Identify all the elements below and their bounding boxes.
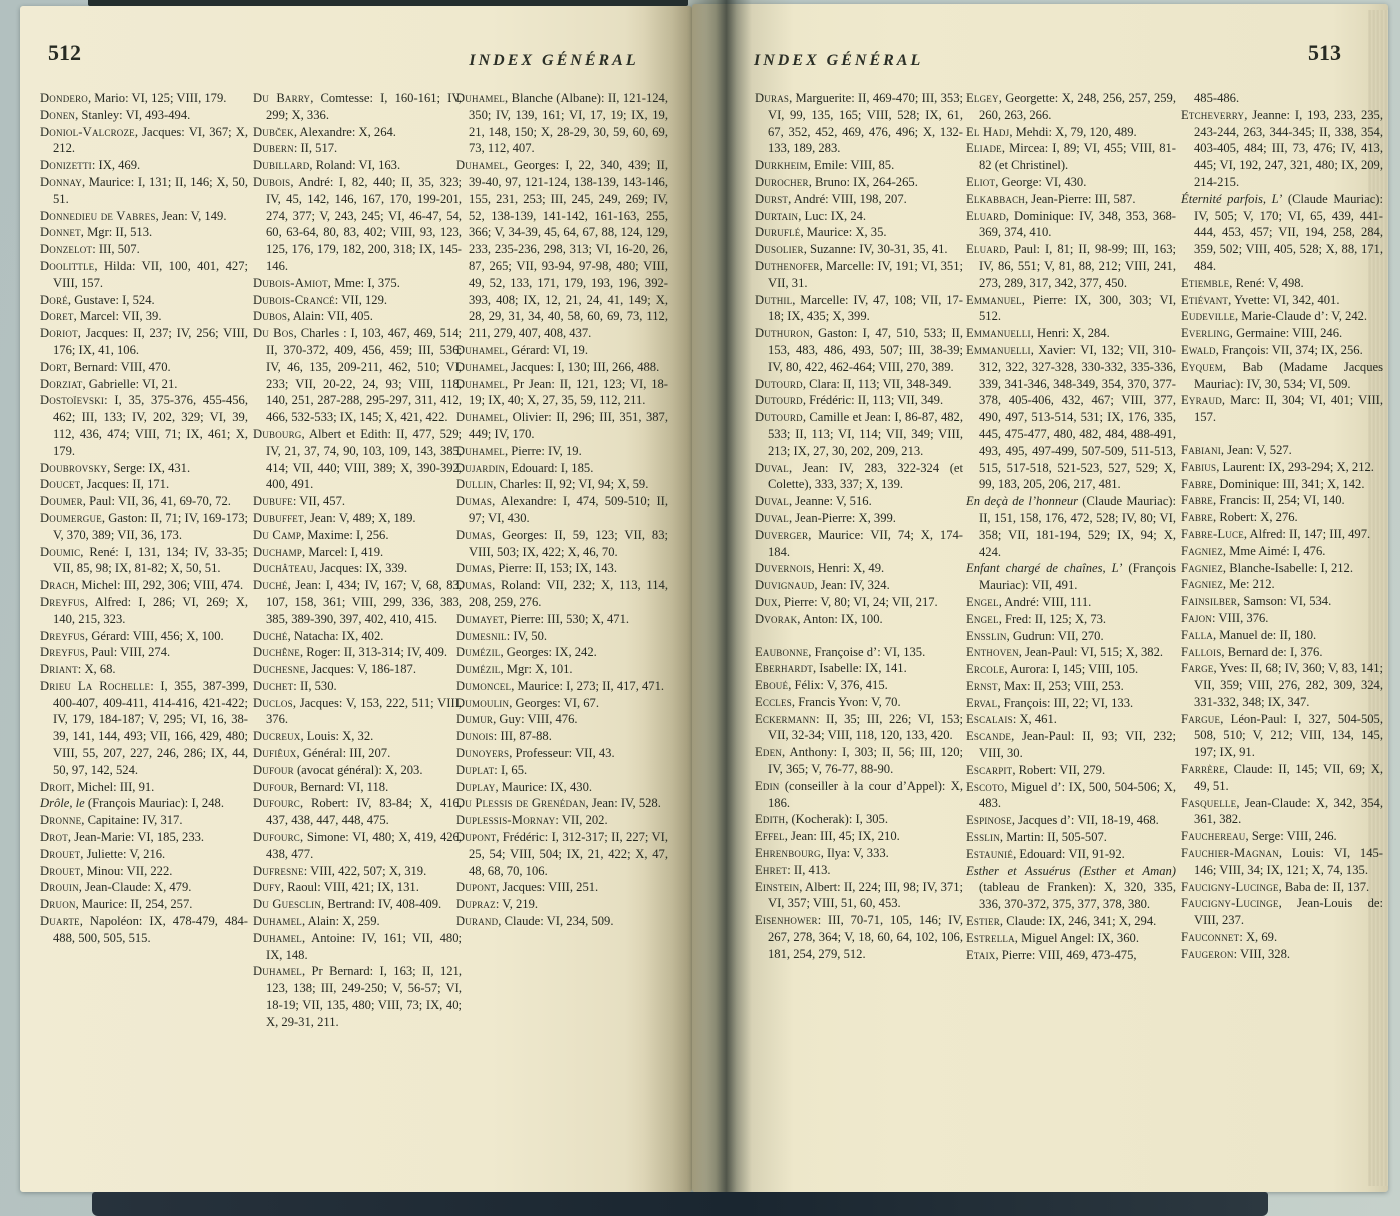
work-title: Esther et Assuérus (Esther et Aman)	[966, 864, 1176, 878]
entry-name: Donnay	[40, 175, 82, 189]
index-entry: Farge, Yves: II, 68; IV, 360; V, 83, 141…	[1181, 660, 1383, 710]
index-entry: Eberhardt, Isabelle: IX, 141.	[755, 660, 963, 677]
index-entry: Engel, Fred: II, 125; X, 73.	[966, 611, 1176, 628]
index-entry: Drouin, Jean-Claude: X, 479.	[40, 879, 248, 896]
entry-name: Dostoïevski	[40, 393, 104, 407]
entry-name: Duval	[755, 461, 789, 475]
index-entry: Dumoncel, Maurice: I, 273; II, 417, 471.	[456, 678, 668, 695]
entry-name: Doubrovsky	[40, 461, 107, 475]
entry-name: Dumézil	[456, 645, 501, 659]
index-entry: Escoto, Miguel d’: IX, 500, 504-506; X, …	[966, 779, 1176, 813]
index-entry: Doumic, René: I, 131, 134; IV, 33-35; VI…	[40, 544, 248, 578]
index-entry: Druon, Maurice: II, 254, 257.	[40, 896, 248, 913]
entry-name: Dumas	[456, 494, 492, 508]
index-entry: Erval, François: III, 22; VI, 133.	[966, 695, 1176, 712]
entry-name: Eisenhower	[755, 913, 818, 927]
entry-name: Duplessis-Mornay	[456, 813, 555, 827]
entry-name: Eaubonne	[755, 645, 808, 659]
index-entry: Du Plessis de Grenédan, Jean: IV, 528.	[456, 795, 668, 812]
entry-name: Etiemble	[1181, 276, 1229, 290]
entry-name: Duhamel	[456, 91, 505, 105]
entry-name: Duchesne	[253, 662, 305, 676]
index-entry: Duvignaud, Jean: IV, 324.	[755, 577, 963, 594]
index-entry: Etiévant, Yvette: VI, 342, 401.	[1181, 292, 1383, 309]
entry-name: Duplat	[456, 763, 494, 777]
entry-name: Fabre	[1181, 510, 1213, 524]
entry-name: Donnet	[40, 225, 81, 239]
entry-name: Dronne	[40, 813, 81, 827]
entry-name: Fabre	[1181, 477, 1213, 491]
index-entry: Fauchier-Magnan, Louis: VI, 145-146; VII…	[1181, 845, 1383, 879]
entry-name: Engel	[966, 595, 999, 609]
entry-name: Dutourd	[755, 377, 803, 391]
index-entry: Duchet: II, 530.	[253, 678, 462, 695]
index-entry: Dreyfus, Gérard: VIII, 456; X, 100.	[40, 628, 248, 645]
entry-name: Droit	[40, 780, 71, 794]
entry-name: Doumer	[40, 494, 83, 508]
entry-name: Dreyfus	[40, 595, 85, 609]
index-entry: Eccles, Francis Yvon: V, 70.	[755, 694, 963, 711]
index-entry: Duchêne, Roger: II, 313-314; IV, 409.	[253, 644, 462, 661]
index-entry: Escalais: X, 461.	[966, 711, 1176, 728]
index-entry: Duplat: I, 65.	[456, 762, 668, 779]
entry-name: Faugeron	[1181, 947, 1234, 961]
index-column-left-3: Duhamel, Blanche (Albane): II, 121-124, …	[456, 90, 668, 930]
index-column-left-2: Du Barry, Comtesse: I, 160-161; IV, 299;…	[253, 90, 462, 1031]
entry-name: Du Bos	[253, 326, 294, 340]
entry-name: Duval	[755, 511, 789, 525]
index-entry: Dubček, Alexandre: X, 264.	[253, 124, 462, 141]
index-entry: Drach, Michel: III, 292, 306; VIII, 474.	[40, 577, 248, 594]
entry-name: Elgey	[966, 91, 999, 105]
index-entry: Duplessis-Mornay: VII, 202.	[456, 812, 668, 829]
entry-name: Einstein	[755, 880, 799, 894]
entry-name: Espinose	[966, 813, 1012, 827]
entry-name: Dunoyers	[456, 746, 509, 760]
entry-name: Etaix	[966, 948, 995, 962]
index-entry: Eden, Anthony: I, 303; II, 56; III, 120;…	[755, 744, 963, 778]
index-entry: Etcheverry, Jeanne: I, 193, 233, 235, 24…	[1181, 107, 1383, 191]
entry-name: Dupraz	[456, 897, 496, 911]
index-entry: Escande, Jean-Paul: II, 93; VII, 232; VI…	[966, 728, 1176, 762]
index-entry: Eluard, Dominique: IV, 348, 353, 368-369…	[966, 208, 1176, 242]
work-title: Drôle, le	[40, 796, 85, 810]
entry-name: Eliot	[966, 175, 995, 189]
entry-name: Doolittle	[40, 259, 94, 273]
entry-name: Dumesnil	[456, 629, 507, 643]
entry-name: Ehrenbourg	[755, 846, 821, 860]
index-entry: Dufourc, Simone: VI, 480; X, 419, 426, 4…	[253, 829, 462, 863]
entry-name: Dubuffet	[253, 511, 304, 525]
index-entry: Fallois, Bernard de: I, 376.	[1181, 644, 1383, 661]
entry-name: Emmanuelli	[966, 326, 1031, 340]
entry-name: Duchamp	[253, 545, 302, 559]
entry-name: Dumoncel	[456, 679, 511, 693]
index-entry: Fabre, Dominique: III, 341; X, 142.	[1181, 476, 1383, 493]
index-entry: Durand, Claude: VI, 234, 509.	[456, 913, 668, 930]
entry-name: Dubern	[253, 141, 294, 155]
entry-name: Fagniez	[1181, 561, 1223, 575]
index-entry: Duplay, Maurice: IX, 430.	[456, 779, 668, 796]
entry-name: Eckermann	[755, 712, 816, 726]
index-entry: Drouet, Juliette: V, 216.	[40, 846, 248, 863]
entry-name: Estier	[966, 914, 1000, 928]
index-entry: Faucigny-Lucinge, Baba de: II, 137.	[1181, 879, 1383, 896]
index-entry: Dreyfus, Alfred: I, 286; VI, 269; X, 140…	[40, 594, 248, 628]
index-entry: Dubern: II, 517.	[253, 140, 462, 157]
entry-name: Fauchereau	[1181, 829, 1246, 843]
entry-name: Dufresne	[253, 864, 304, 878]
index-entry: Etaix, Pierre: VIII, 469, 473-475,	[966, 947, 1176, 964]
entry-name: Dunois	[456, 729, 494, 743]
entry-name: Duchâteau	[253, 561, 313, 575]
index-entry: Engel, André: VIII, 111.	[966, 594, 1176, 611]
entry-name: Fainsilber	[1181, 594, 1237, 608]
index-entry: Fabiani, Jean: V, 527.	[1181, 442, 1383, 459]
index-entry: Dufour (avocat général): X, 203.	[253, 762, 462, 779]
index-entry: Einstein, Albert: II, 224; III, 98; IV, …	[755, 879, 963, 913]
index-entry: 485-486.	[1181, 90, 1383, 107]
index-entry: Dostoïevski: I, 35, 375-376, 455-456, 46…	[40, 392, 248, 459]
index-entry: Dupont, Frédéric: I, 312-317; II, 227; V…	[456, 829, 668, 879]
entry-name: Doumergue	[40, 511, 102, 525]
book-bottom-edge	[92, 1192, 1268, 1216]
entry-name: Doucet	[40, 477, 80, 491]
index-entry: Faucigny-Lucinge, Jean-Louis de: VIII, 2…	[1181, 895, 1383, 929]
index-entry: Donzelot: III, 507.	[40, 241, 248, 258]
index-entry: Fajon: VIII, 376.	[1181, 610, 1383, 627]
entry-name: Donizetti	[40, 158, 92, 172]
index-entry: Dronne, Capitaine: IV, 317.	[40, 812, 248, 829]
index-entry: Esslin, Martin: II, 505-507.	[966, 829, 1176, 846]
entry-name: Elkabbach	[966, 192, 1025, 206]
entry-name: Ernst	[966, 679, 998, 693]
index-entry: Dutourd, Frédéric: II, 113; VII, 349.	[755, 392, 963, 409]
index-entry: Fagniez, Me: 212.	[1181, 576, 1383, 593]
entry-name: Farge	[1181, 661, 1214, 675]
entry-name: Durtain	[755, 209, 798, 223]
entry-name: Duthuron	[755, 326, 810, 340]
entry-name: Estaunié	[966, 847, 1013, 861]
entry-name: Eccles	[755, 695, 792, 709]
entry-name: Dort	[40, 360, 67, 374]
index-entry: Eyquem, Bab (Madame Jacques Mauriac): IV…	[1181, 359, 1383, 393]
index-entry: Dort, Bernard: VIII, 470.	[40, 359, 248, 376]
index-column-right-1: Duras, Marguerite: II, 469-470; III, 353…	[755, 90, 963, 963]
entry-name: Doumic	[40, 545, 80, 559]
index-entry: Durkheim, Emile: VIII, 85.	[755, 157, 963, 174]
index-entry: Duverger, Maurice: VII, 74; X, 174-184.	[755, 527, 963, 561]
index-entry: Edin (conseiller à la cour d’Appel): X, …	[755, 778, 963, 812]
entry-name: Doré	[40, 293, 68, 307]
entry-name: Dumézil	[456, 662, 501, 676]
index-entry: Duhamel, Blanche (Albane): II, 121-124, …	[456, 90, 668, 157]
entry-name: Fajon	[1181, 611, 1212, 625]
entry-name: Ensslin	[966, 629, 1007, 643]
index-entry: Duhamel, Olivier: II, 296; III, 351, 387…	[456, 409, 668, 443]
index-entry: Duchesne, Jacques: V, 186-187.	[253, 661, 462, 678]
entry-name: Fauchier-Magnan	[1181, 846, 1279, 860]
index-entry: Espinose, Jacques d’: VII, 18-19, 468.	[966, 812, 1176, 829]
entry-name: Duchêne	[253, 645, 300, 659]
index-entry: Fabre, Francis: II, 254; VI, 140.	[1181, 492, 1383, 509]
index-entry: Estier, Claude: IX, 246, 341; X, 294.	[966, 913, 1176, 930]
entry-name: Dubufe	[253, 494, 293, 508]
entry-name: Duhamel	[253, 931, 302, 945]
index-entry: Durtain, Luc: IX, 24.	[755, 208, 963, 225]
entry-name: Dufiêux	[253, 746, 297, 760]
index-entry: Dunois: III, 87-88.	[456, 728, 668, 745]
index-entry: Dubillard, Roland: VI, 163.	[253, 157, 462, 174]
index-entry: Duval, Jean: IV, 283, 322-324 (et Colett…	[755, 460, 963, 494]
entry-name: Dreyfus	[40, 629, 85, 643]
index-entry: Eisenhower: III, 70-71, 105, 146; IV, 26…	[755, 912, 963, 962]
index-entry: Driant: X, 68.	[40, 661, 248, 678]
entry-name: Dufourc	[253, 830, 300, 844]
entry-name: Doret	[40, 309, 74, 323]
entry-name: Erval	[966, 696, 997, 710]
index-entry: Elgey, Georgette: X, 248, 256, 257, 259,…	[966, 90, 1176, 124]
entry-name: Ducreux	[253, 729, 301, 743]
entry-name: Duruflé	[755, 225, 801, 239]
entry-name: Fargue	[1181, 712, 1220, 726]
index-entry: Estaunié, Edouard: VII, 91-92.	[966, 846, 1176, 863]
entry-name: Du Guesclin	[253, 897, 321, 911]
index-entry: Duhamel, Pierre: IV, 19.	[456, 443, 668, 460]
index-entry: Dumas, Pierre: II, 153; IX, 143.	[456, 560, 668, 577]
index-entry: Drieu La Rochelle: I, 355, 387-399, 400-…	[40, 678, 248, 779]
entry-name: Etcheverry	[1181, 108, 1244, 122]
index-entry: Dumas, Georges: II, 59, 123; VII, 83; VI…	[456, 527, 668, 561]
page-number-right: 513	[1308, 40, 1341, 66]
entry-name: Dusolier	[755, 242, 804, 256]
entry-name: Eboué	[755, 678, 788, 692]
entry-name: Dubos	[253, 309, 287, 323]
index-entry: Droit, Michel: III, 91.	[40, 779, 248, 796]
index-entry: Dumesnil: IV, 50.	[456, 628, 668, 645]
entry-name: Du Plessis de Grenédan	[456, 796, 586, 810]
entry-name: Dullin	[456, 477, 493, 491]
index-column-right-2: Elgey, Georgette: X, 248, 256, 257, 259,…	[966, 90, 1176, 963]
entry-name: Drach	[40, 578, 75, 592]
entry-name: Ewald	[1181, 343, 1216, 357]
index-entry: Eyraud, Marc: II, 304; VI, 401; VIII, 15…	[1181, 392, 1383, 426]
index-entry: Dubuffet, Jean: V, 489; X, 189.	[253, 510, 462, 527]
index-entry: Dvorak, Anton: IX, 100.	[755, 611, 963, 628]
entry-name: Donnedieu de Vabres	[40, 209, 156, 223]
entry-name: Everling	[1181, 326, 1230, 340]
work-title: Éternité parfois, L’	[1181, 192, 1282, 206]
entry-name: El Hadj	[966, 125, 1009, 139]
entry-name: Ercole	[966, 662, 1004, 676]
index-entry: Fabre, Robert: X, 276.	[1181, 509, 1383, 526]
index-entry: Fauchereau, Serge: VIII, 246.	[1181, 828, 1383, 845]
index-entry: Doriot, Jacques: II, 237; IV, 256; VIII,…	[40, 325, 248, 359]
entry-name: Eudeville	[1181, 309, 1235, 323]
index-entry: Dufourc, Robert: IV, 83-84; X, 416, 437,…	[253, 795, 462, 829]
entry-name: Dumas	[456, 528, 492, 542]
entry-name: Fauconnet	[1181, 930, 1239, 944]
index-entry: Ercole, Aurora: I, 145; VIII, 105.	[966, 661, 1176, 678]
index-entry: Durst, André: VIII, 198, 207.	[755, 191, 963, 208]
entry-name: Duhamel	[456, 377, 505, 391]
entry-name: Fasquelle	[1181, 796, 1236, 810]
entry-name: Dumayet	[456, 612, 504, 626]
index-entry: Durocher, Bruno: IX, 264-265.	[755, 174, 963, 191]
index-entry: Ensslin, Gudrun: VII, 270.	[966, 628, 1176, 645]
entry-name: Fabiani	[1181, 443, 1221, 457]
entry-name: Eden	[755, 745, 782, 759]
index-entry: Dumézil, Mgr: X, 101.	[456, 661, 668, 678]
index-entry: Esther et Assuérus (Esther et Aman) (tab…	[966, 863, 1176, 913]
entry-name: Drouet	[40, 864, 80, 878]
entry-name: Edin	[755, 779, 780, 793]
index-entry: Emmanuelli, Xavier: VI, 132; VII, 310-31…	[966, 342, 1176, 493]
entry-name: Duhamel	[456, 158, 505, 172]
entry-name: Dujardin	[456, 461, 505, 475]
entry-name: Durkheim	[755, 158, 808, 172]
index-entry: Duché, Natacha: IX, 402.	[253, 628, 462, 645]
index-entry: Dumas, Roland: VII, 232; X, 113, 114, 20…	[456, 577, 668, 611]
entry-name: Falla	[1181, 628, 1213, 642]
index-entry: Dumayet, Pierre: III, 530; X, 471.	[456, 611, 668, 628]
entry-name: Duclos	[253, 696, 293, 710]
index-entry: Donnet, Mgr: II, 513.	[40, 224, 248, 241]
entry-name: Durand	[456, 914, 498, 928]
index-entry: Duvernois, Henri: X, 49.	[755, 560, 963, 577]
index-entry: Duthenofer, Marcelle: IV, 191; VI, 351; …	[755, 258, 963, 292]
index-entry: Dullin, Charles: II, 92; VI, 94; X, 59.	[456, 476, 668, 493]
index-entry: Doubrovsky, Serge: IX, 431.	[40, 460, 248, 477]
entry-name: Durst	[755, 192, 788, 206]
index-entry: Du Guesclin, Bertrand: IV, 408-409.	[253, 896, 462, 913]
entry-name: Dumur	[456, 712, 493, 726]
index-entry: Estrella, Miguel Angel: IX, 360.	[966, 930, 1176, 947]
index-entry: Eliade, Mircea: I, 89; VI, 455; VIII, 81…	[966, 140, 1176, 174]
index-entry: Doolittle, Hilda: VII, 100, 401, 427; VI…	[40, 258, 248, 292]
page-edge-shadow-top	[88, 0, 688, 6]
index-entry: Dumur, Guy: VIII, 476.	[456, 711, 668, 728]
index-entry: Duhamel, Gérard: VI, 19.	[456, 342, 668, 359]
entry-name: Dumoulin	[456, 696, 509, 710]
index-entry: Dumas, Alexandre: I, 474, 509-510; II, 9…	[456, 493, 668, 527]
index-entry: Duruflé, Maurice: X, 35.	[755, 224, 963, 241]
index-entry: Duhamel, Pr Bernard: I, 163; II, 121, 12…	[253, 963, 462, 1030]
entry-name: Doniol-Valcroze	[40, 125, 135, 139]
index-entry: Dubourg, Albert et Edith: II, 477, 529; …	[253, 426, 462, 493]
entry-name: Fagniez	[1181, 577, 1223, 591]
entry-name: Duhamel	[456, 360, 505, 374]
index-entry: Fainsilber, Samson: VI, 534.	[1181, 593, 1383, 610]
index-entry: Dupraz: V, 219.	[456, 896, 668, 913]
index-entry: Dreyfus, Paul: VIII, 274.	[40, 644, 248, 661]
index-entry: Faugeron: VIII, 328.	[1181, 946, 1383, 963]
index-entry: Duhamel, Jacques: I, 130; III, 266, 488.	[456, 359, 668, 376]
index-entry: Duarte, Napoléon: IX, 478-479, 484-488, …	[40, 913, 248, 947]
entry-name: Escoto	[966, 780, 1004, 794]
index-entry: Dutourd, Clara: II, 113; VII, 348-349.	[755, 376, 963, 393]
index-entry: Doret, Marcel: VII, 39.	[40, 308, 248, 325]
entry-name: Eberhardt	[755, 661, 813, 675]
index-column-right-3: 485-486.Etcheverry, Jeanne: I, 193, 233,…	[1181, 90, 1383, 963]
index-entry: Dondero, Mario: VI, 125; VIII, 179.	[40, 90, 248, 107]
entry-name: Fabius	[1181, 460, 1216, 474]
work-title: En deçà de l’honneur	[966, 494, 1078, 508]
entry-name: Duthenofer	[755, 259, 820, 273]
entry-name: Faucigny-Lucinge	[1181, 880, 1279, 894]
index-entry: Ehret: II, 413.	[755, 862, 963, 879]
entry-name: Duhamel	[456, 444, 505, 458]
index-entry: Ewald, François: VII, 374; IX, 256.	[1181, 342, 1383, 359]
entry-name: Duchet	[253, 679, 293, 693]
entry-name: Esslin	[966, 830, 1000, 844]
entry-name: Duhamel	[253, 914, 302, 928]
entry-name: Duvernois	[755, 561, 811, 575]
entry-name: Emmanuel	[966, 293, 1022, 307]
entry-name: Donzelot	[40, 242, 92, 256]
index-entry: Enthoven, Jean-Paul: VI, 515; X, 382.	[966, 644, 1176, 661]
index-entry: Ducreux, Louis: X, 32.	[253, 728, 462, 745]
index-entry: Emmanuelli, Henri: X, 284.	[966, 325, 1176, 342]
entry-name: Duvignaud	[755, 578, 814, 592]
index-entry: Eboué, Félix: V, 376, 415.	[755, 677, 963, 694]
index-entry: Eckermann: II, 35; III, 226; VI, 153; VI…	[755, 711, 963, 745]
entry-name: Doriot	[40, 326, 78, 340]
index-entry: Fasquelle, Jean-Claude: X, 342, 354, 361…	[1181, 795, 1383, 829]
entry-name: Duras	[755, 91, 789, 105]
entry-name: Dufour	[253, 763, 294, 777]
entry-name: Dupont	[456, 830, 496, 844]
index-entry: Donizetti: IX, 469.	[40, 157, 248, 174]
index-entry: Eliot, George: VI, 430.	[966, 174, 1176, 191]
entry-name: Fabre	[1181, 493, 1213, 507]
entry-name: Dubillard	[253, 158, 309, 172]
entry-name: Drouin	[40, 880, 79, 894]
entry-name: Escande	[966, 729, 1011, 743]
entry-name: Duval	[755, 494, 789, 508]
index-entry: Dujardin, Edouard: I, 185.	[456, 460, 668, 477]
index-entry: Duval, Jeanne: V, 516.	[755, 493, 963, 510]
index-entry: Dux, Pierre: V, 80; VI, 24; VII, 217.	[755, 594, 963, 611]
entry-name: Estrella	[966, 931, 1015, 945]
index-entry: Duhamel, Pr Jean: II, 121, 123; VI, 18-1…	[456, 376, 668, 410]
index-entry: Fargue, Léon-Paul: I, 327, 504-505, 508,…	[1181, 711, 1383, 761]
index-entry: Dufy, Raoul: VIII, 421; IX, 131.	[253, 879, 462, 896]
index-entry: Dufour, Bernard: VI, 118.	[253, 779, 462, 796]
index-entry: En deçà de l’honneur (Claude Mauriac): I…	[966, 493, 1176, 560]
index-entry: Drôle, le (François Mauriac): I, 248.	[40, 795, 248, 812]
index-entry: El Hadj, Mehdi: X, 79, 120, 489.	[966, 124, 1176, 141]
entry-name: Dux	[755, 595, 778, 609]
index-entry: Duval, Jean-Pierre: X, 399.	[755, 510, 963, 527]
entry-name: Eyraud	[1181, 393, 1222, 407]
index-entry: Dubois-Crancé: VII, 129.	[253, 292, 462, 309]
entry-name: Dutourd	[755, 393, 803, 407]
index-entry: Duhamel, Alain: X, 259.	[253, 913, 462, 930]
entry-name: Eluard	[966, 209, 1006, 223]
entry-name: Eluard	[966, 242, 1006, 256]
index-entry: Etiemble, René: V, 498.	[1181, 275, 1383, 292]
index-entry: Duthil, Marcelle: IV, 47, 108; VII, 17-1…	[755, 292, 963, 326]
index-entry: Ehrenbourg, Ilya: V, 333.	[755, 845, 963, 862]
entry-name: Duché	[253, 629, 288, 643]
running-head-left: INDEX GÉNÉRAL	[424, 52, 684, 70]
index-entry: Fabre-Luce, Alfred: II, 147; III, 497.	[1181, 526, 1383, 543]
index-entry: Fagniez, Blanche-Isabelle: I, 212.	[1181, 560, 1383, 577]
index-entry: Drouet, Minou: VII, 222.	[40, 863, 248, 880]
entry-name: Dubček	[253, 125, 294, 139]
entry-name: Durocher	[755, 175, 809, 189]
